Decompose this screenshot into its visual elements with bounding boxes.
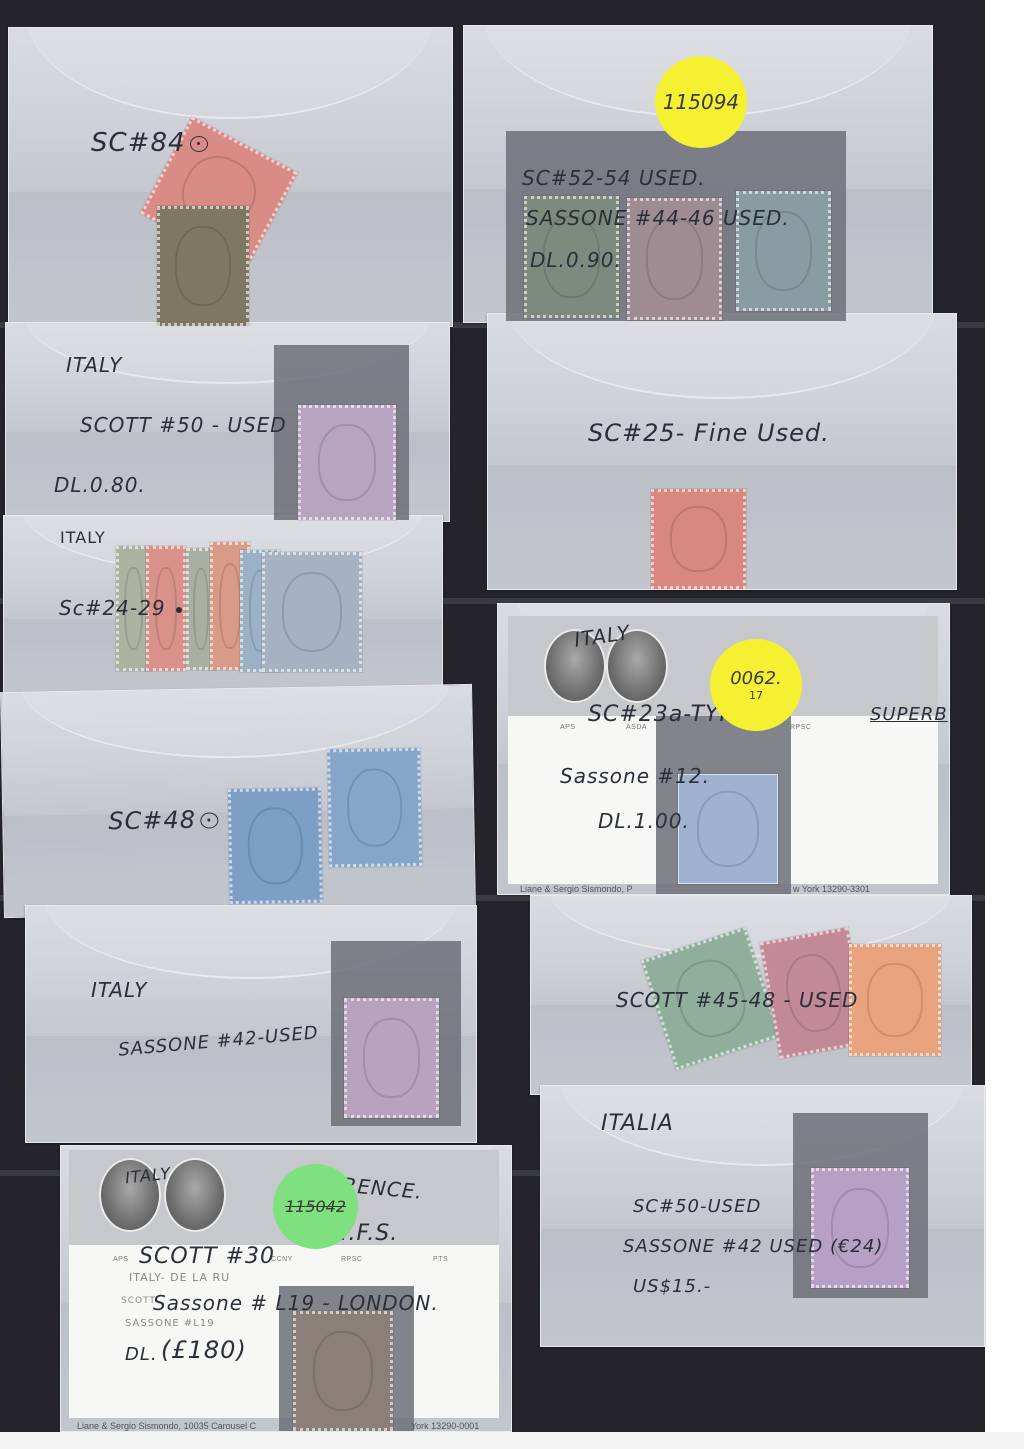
stamp-red xyxy=(651,489,746,589)
page-margin-bottom xyxy=(0,1432,1024,1449)
note-sassone: SASSONE #42-USED xyxy=(117,1022,319,1060)
stamp-violet xyxy=(344,998,439,1118)
portrait-cameo-icon xyxy=(164,1158,226,1232)
glassine-envelope-sc52-54[interactable]: 115094 SC#52-54 USED. SASSONE #44-46 USE… xyxy=(463,25,933,323)
note-country: ITALY xyxy=(60,528,106,547)
note-price: US$15.- xyxy=(633,1276,711,1297)
glassine-envelope-italia-sc50[interactable]: ITALIA SC#50-USED SASSONE #42 USED (€24)… xyxy=(540,1085,985,1347)
used-dot-mark xyxy=(176,607,182,613)
stamp-violet xyxy=(298,405,396,520)
typed-line: SASSONE #L19 xyxy=(125,1318,215,1329)
cert-label-aps: APS xyxy=(113,1256,129,1263)
note-sassone: SASSONE #42 USED (€24) xyxy=(623,1236,883,1257)
stamp-blue xyxy=(228,788,323,905)
typed-line: ITALY- DE LA RU xyxy=(129,1271,230,1284)
note-scott: SC#52-54 USED. xyxy=(522,166,706,190)
glassine-envelope-sc23a[interactable]: APS ASDA RPSC 0062.17 ITALY SC#23a-TYPE … xyxy=(497,603,950,895)
stamp-blue-large xyxy=(262,552,362,672)
cert-label-rpsc: RPSC xyxy=(341,1256,362,1263)
note-sassone: SASSONE #44-46 USED. xyxy=(526,206,790,230)
glassine-envelope-scott30[interactable]: APS CCNY RPSC PTS 115042 ITALY REFFRENCE… xyxy=(60,1145,512,1432)
note-grade: SUPERB xyxy=(870,704,948,725)
certificate-footer-right: York 13290-0001 xyxy=(411,1421,479,1431)
used-circle-mark xyxy=(190,136,208,152)
note-scott: SC#48 xyxy=(108,805,218,835)
stamp-olive xyxy=(157,206,249,326)
note-scott: Sc#24-29 xyxy=(59,596,182,620)
stamp-brown xyxy=(293,1311,393,1431)
glassine-envelope-sc48[interactable]: SC#48 xyxy=(0,684,476,918)
glassine-envelope-sc84[interactable]: SC#84 xyxy=(8,27,453,327)
certificate-footer-left: Liane & Sergio Sismondo, P xyxy=(520,884,633,894)
note-sassone: Sassone # L19 - LONDON. xyxy=(153,1291,439,1315)
note-price: DL.0.90. xyxy=(530,248,622,272)
note-scott: SCOTT #30 xyxy=(139,1244,275,1269)
inventory-sticker: 0062.17 xyxy=(710,639,802,731)
note-country: ITALY xyxy=(66,353,122,377)
used-circle-mark xyxy=(200,812,218,828)
note-country: ITALY xyxy=(91,978,147,1002)
certificate-footer-right: w York 13290-3301 xyxy=(793,884,870,894)
note-price: DL.1.00. xyxy=(598,809,690,833)
stamp-violet xyxy=(811,1168,909,1288)
stamp-blue-imperf xyxy=(678,774,778,884)
glassine-envelope-sc24-29[interactable]: ITALY Sc#24-29 xyxy=(3,515,443,705)
stamp-orange xyxy=(849,944,941,1056)
note-price-label: DL. xyxy=(125,1344,158,1365)
note-price: DL.0.80. xyxy=(54,473,146,497)
cert-label-pts: PTS xyxy=(433,1256,448,1263)
note-sassone: Sassone #12. xyxy=(560,764,710,788)
note-scott: SCOTT #45-48 - USED xyxy=(616,988,858,1012)
glassine-envelope-sc25[interactable]: SC#25- Fine Used. xyxy=(487,313,957,590)
stamp-blue-barred xyxy=(327,748,422,868)
note-country: ITALIA xyxy=(601,1111,674,1136)
glassine-envelope-sassone42[interactable]: ITALY SASSONE #42-USED xyxy=(25,905,477,1143)
note-scott: SCOTT #50 - USED xyxy=(80,413,287,437)
glassine-envelope-scott50[interactable]: ITALY SCOTT #50 - USED DL.0.80. xyxy=(5,322,450,522)
cert-label-rpsc: RPSC xyxy=(790,724,811,731)
glassine-envelope-sc45-48[interactable]: SCOTT #45-48 - USED xyxy=(530,895,972,1095)
cert-label-aps: APS xyxy=(560,724,576,731)
typed-line: SCOTT xyxy=(121,1296,156,1306)
note-scott: SC#50-USED xyxy=(633,1196,761,1217)
inventory-sticker: 115042 xyxy=(273,1164,358,1249)
inventory-sticker: 115094 xyxy=(655,56,747,148)
note-scott-number: SC#84 xyxy=(91,128,208,158)
page-margin xyxy=(985,0,1024,1449)
note-price: (£180) xyxy=(161,1336,247,1364)
note-scott: SC#25- Fine Used. xyxy=(588,419,830,447)
certificate-footer-left: Liane & Sergio Sismondo, 10035 Carousel … xyxy=(77,1421,256,1431)
